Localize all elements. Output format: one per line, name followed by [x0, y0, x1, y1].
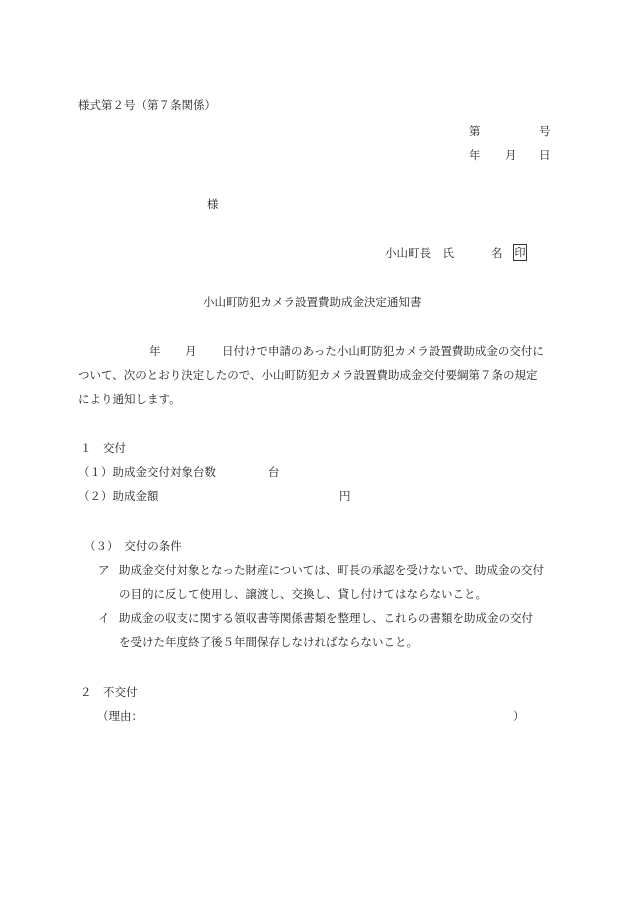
body-line2: ついて、次のとおり決定したので、小山町防犯カメラ設置費助成金交付要綱第７条の規定 — [78, 368, 538, 382]
doc-number-suffix: 号 — [539, 124, 551, 138]
body-line3: により通知します。 — [78, 392, 181, 406]
subsidy-amount-label: （２）助成金額 — [78, 489, 159, 503]
conditions-heading: （３） 交付の条件 — [84, 539, 182, 553]
body-year: 年 — [149, 344, 161, 358]
sender-title: 小山町長 氏 — [385, 246, 454, 260]
condition-i-line2: を受けた年度終了後５年間保存しなければならないこと。 — [119, 635, 418, 649]
doc-number-prefix: 第 — [469, 124, 481, 138]
recipient-honorific: 様 — [207, 197, 219, 211]
date-year: 年 — [469, 148, 481, 162]
condition-a-marker: ア — [98, 563, 110, 577]
subsidy-count-label: （１）助成金交付対象台数 — [78, 465, 216, 479]
condition-i-marker: イ — [98, 611, 110, 625]
reason-close: ） — [513, 709, 525, 723]
subsidy-count-unit: 台 — [268, 465, 280, 479]
section2-heading: ２ 不交付 — [80, 685, 138, 699]
reason-open: （理由： — [97, 709, 143, 723]
date-day: 日 — [539, 148, 551, 162]
form-label: 様式第２号（第７条関係） — [78, 98, 216, 112]
document-title: 小山町防犯カメラ設置費助成金決定通知書 — [203, 295, 422, 309]
condition-a-line2: の目的に反して使用し、譲渡し、交換し、貸し付けてはならないこと。 — [119, 587, 487, 601]
seal-mark: 印 — [513, 244, 527, 261]
condition-a-line1: 助成金交付対象となった財産については、町長の承認を受けないで、助成金の交付 — [119, 563, 544, 577]
section1-heading: １ 交付 — [80, 441, 126, 455]
subsidy-amount-unit: 円 — [339, 489, 351, 503]
sender-name-suffix: 名 — [491, 246, 503, 260]
body-month: 月 — [185, 344, 197, 358]
body-line1: 日付けで申請のあった小山町防犯カメラ設置費助成金の交付に — [222, 344, 544, 358]
date-month: 月 — [505, 148, 517, 162]
condition-i-line1: 助成金の収支に関する領収書等関係書類を整理し、これらの書類を助成金の交付 — [119, 611, 533, 625]
